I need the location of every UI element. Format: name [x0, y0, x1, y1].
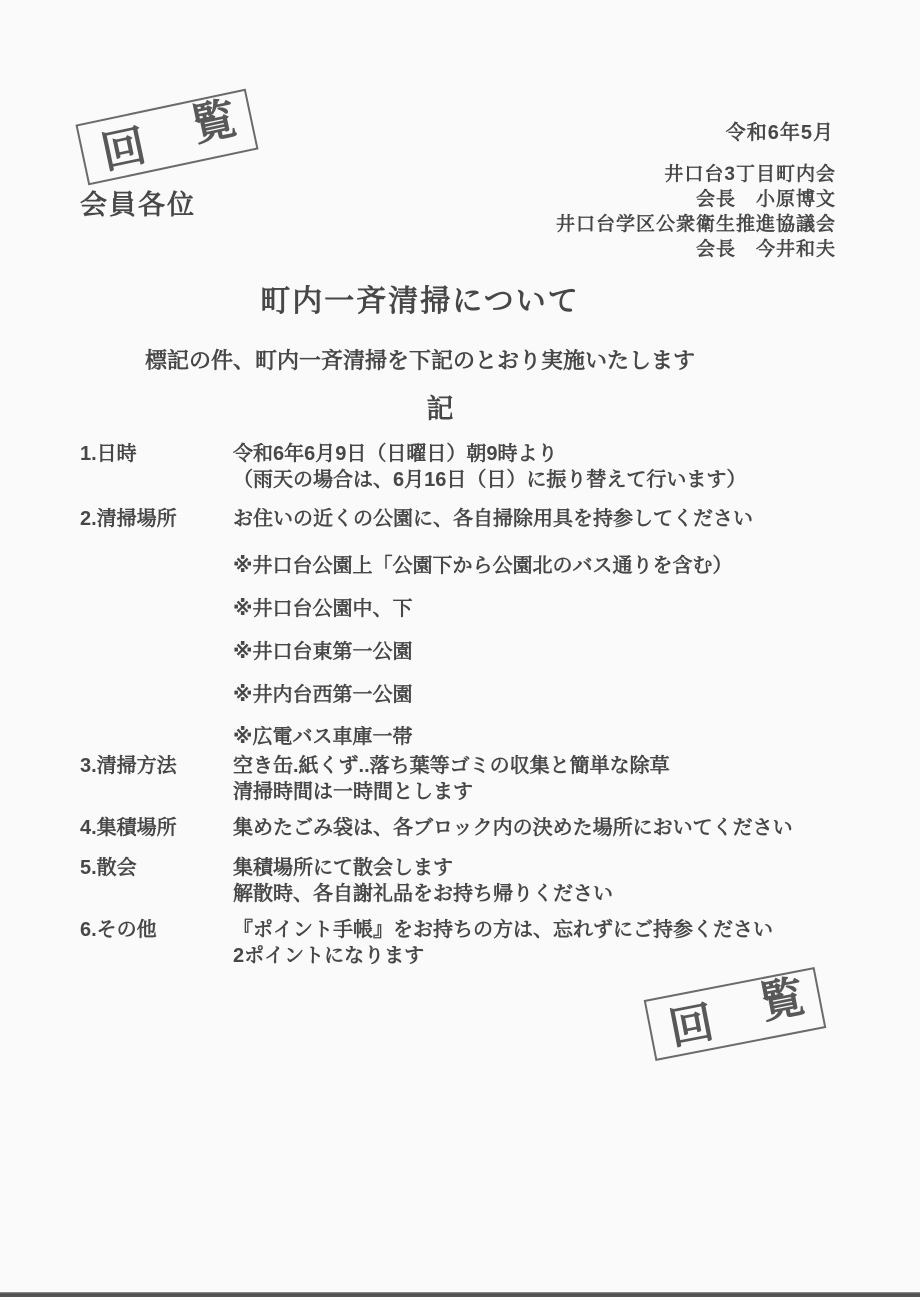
item-location-line-1: お住いの近くの公園に、各自掃除用具を持参してください: [233, 506, 753, 532]
location-note-2: ※井口台公園中、下: [233, 592, 412, 621]
item-method-label: 3.清掃方法: [80, 753, 177, 779]
location-note-4: ※井内台西第一公園: [233, 678, 412, 707]
item-method-line-2: 清掃時間は一時間とします: [233, 779, 670, 805]
record-heading: 記: [0, 387, 880, 426]
document-title: 町内一斉清掃について: [0, 276, 840, 320]
sender-council: 井口台学区公衆衛生推進協議会: [556, 212, 836, 237]
item-collection-label: 4.集積場所: [80, 815, 177, 841]
location-note-5: ※広電バス車庫一帯: [233, 720, 412, 749]
item-other-line-1: 『ポイント手帳』をお持ちの方は、忘れずにご持参ください: [233, 917, 773, 943]
item-datetime-line-1: 令和6年6月9日（日曜日）朝9時より: [233, 441, 746, 467]
item-dismissal-line-2: 解散時、各自謝礼品をお持ち帰りください: [233, 881, 613, 907]
item-dismissal-content: 集積場所にて散会します 解散時、各自謝礼品をお持ち帰りください: [233, 855, 613, 907]
stamp-char-ran: 覧: [188, 97, 240, 149]
stamp-char-kai: 回: [98, 124, 150, 176]
sender-chairman-2: 会長 今井和夫: [556, 237, 836, 262]
item-other-content: 『ポイント手帳』をお持ちの方は、忘れずにご持参ください 2ポイントになります: [233, 917, 773, 969]
item-collection-content: 集めたごみ袋は、各ブロック内の決めた場所においてください: [233, 815, 793, 841]
scanned-notice-page: 回 覧 令和6年5月 会員各位 井口台3丁目町内会 会長 小原博文 井口台学区公…: [0, 0, 920, 1300]
item-other-label: 6.その他: [80, 917, 157, 943]
sender-block: 井口台3丁目町内会 会長 小原博文 井口台学区公衆衛生推進協議会 会長 今井和夫: [556, 162, 836, 262]
stamp-char-ran: 覧: [757, 975, 809, 1027]
sender-chairman-1: 会長 小原博文: [556, 187, 836, 212]
kairan-stamp-top: 回 覧: [75, 89, 258, 186]
item-location-content: お住いの近くの公園に、各自掃除用具を持参してください: [233, 506, 753, 532]
item-method-line-1: 空き缶.紙くず..落ち葉等ゴミの収集と簡単な除草: [233, 753, 670, 779]
lead-sentence: 標記の件、町内一斉清掃を下記のとおり実施いたします: [0, 344, 840, 375]
stamp-char-kai: 回: [666, 1001, 718, 1053]
issue-date: 令和6年5月: [726, 116, 834, 145]
item-location-label: 2.清掃場所: [80, 506, 177, 532]
item-dismissal-label: 5.散会: [80, 855, 137, 881]
item-collection-line-1: 集めたごみ袋は、各ブロック内の決めた場所においてください: [233, 815, 793, 841]
location-note-3: ※井口台東第一公園: [233, 635, 412, 664]
item-other-line-2: 2ポイントになります: [233, 943, 773, 969]
item-datetime-line-2: （雨天の場合は、6月16日（日）に振り替えて行います）: [233, 467, 746, 493]
sender-association: 井口台3丁目町内会: [556, 162, 836, 187]
item-datetime-content: 令和6年6月9日（日曜日）朝9時より （雨天の場合は、6月16日（日）に振り替え…: [233, 441, 746, 493]
location-note-1: ※井口台公園上「公園下から公園北のバス通りを含む）: [233, 549, 732, 578]
item-method-content: 空き缶.紙くず..落ち葉等ゴミの収集と簡単な除草 清掃時間は一時間とします: [233, 753, 670, 805]
item-dismissal-line-1: 集積場所にて散会します: [233, 855, 613, 881]
scan-edge-line: [0, 1292, 920, 1297]
item-datetime-label: 1.日時: [80, 441, 137, 467]
kairan-stamp-bottom: 回 覧: [644, 967, 827, 1061]
addressee: 会員各位: [80, 183, 196, 222]
